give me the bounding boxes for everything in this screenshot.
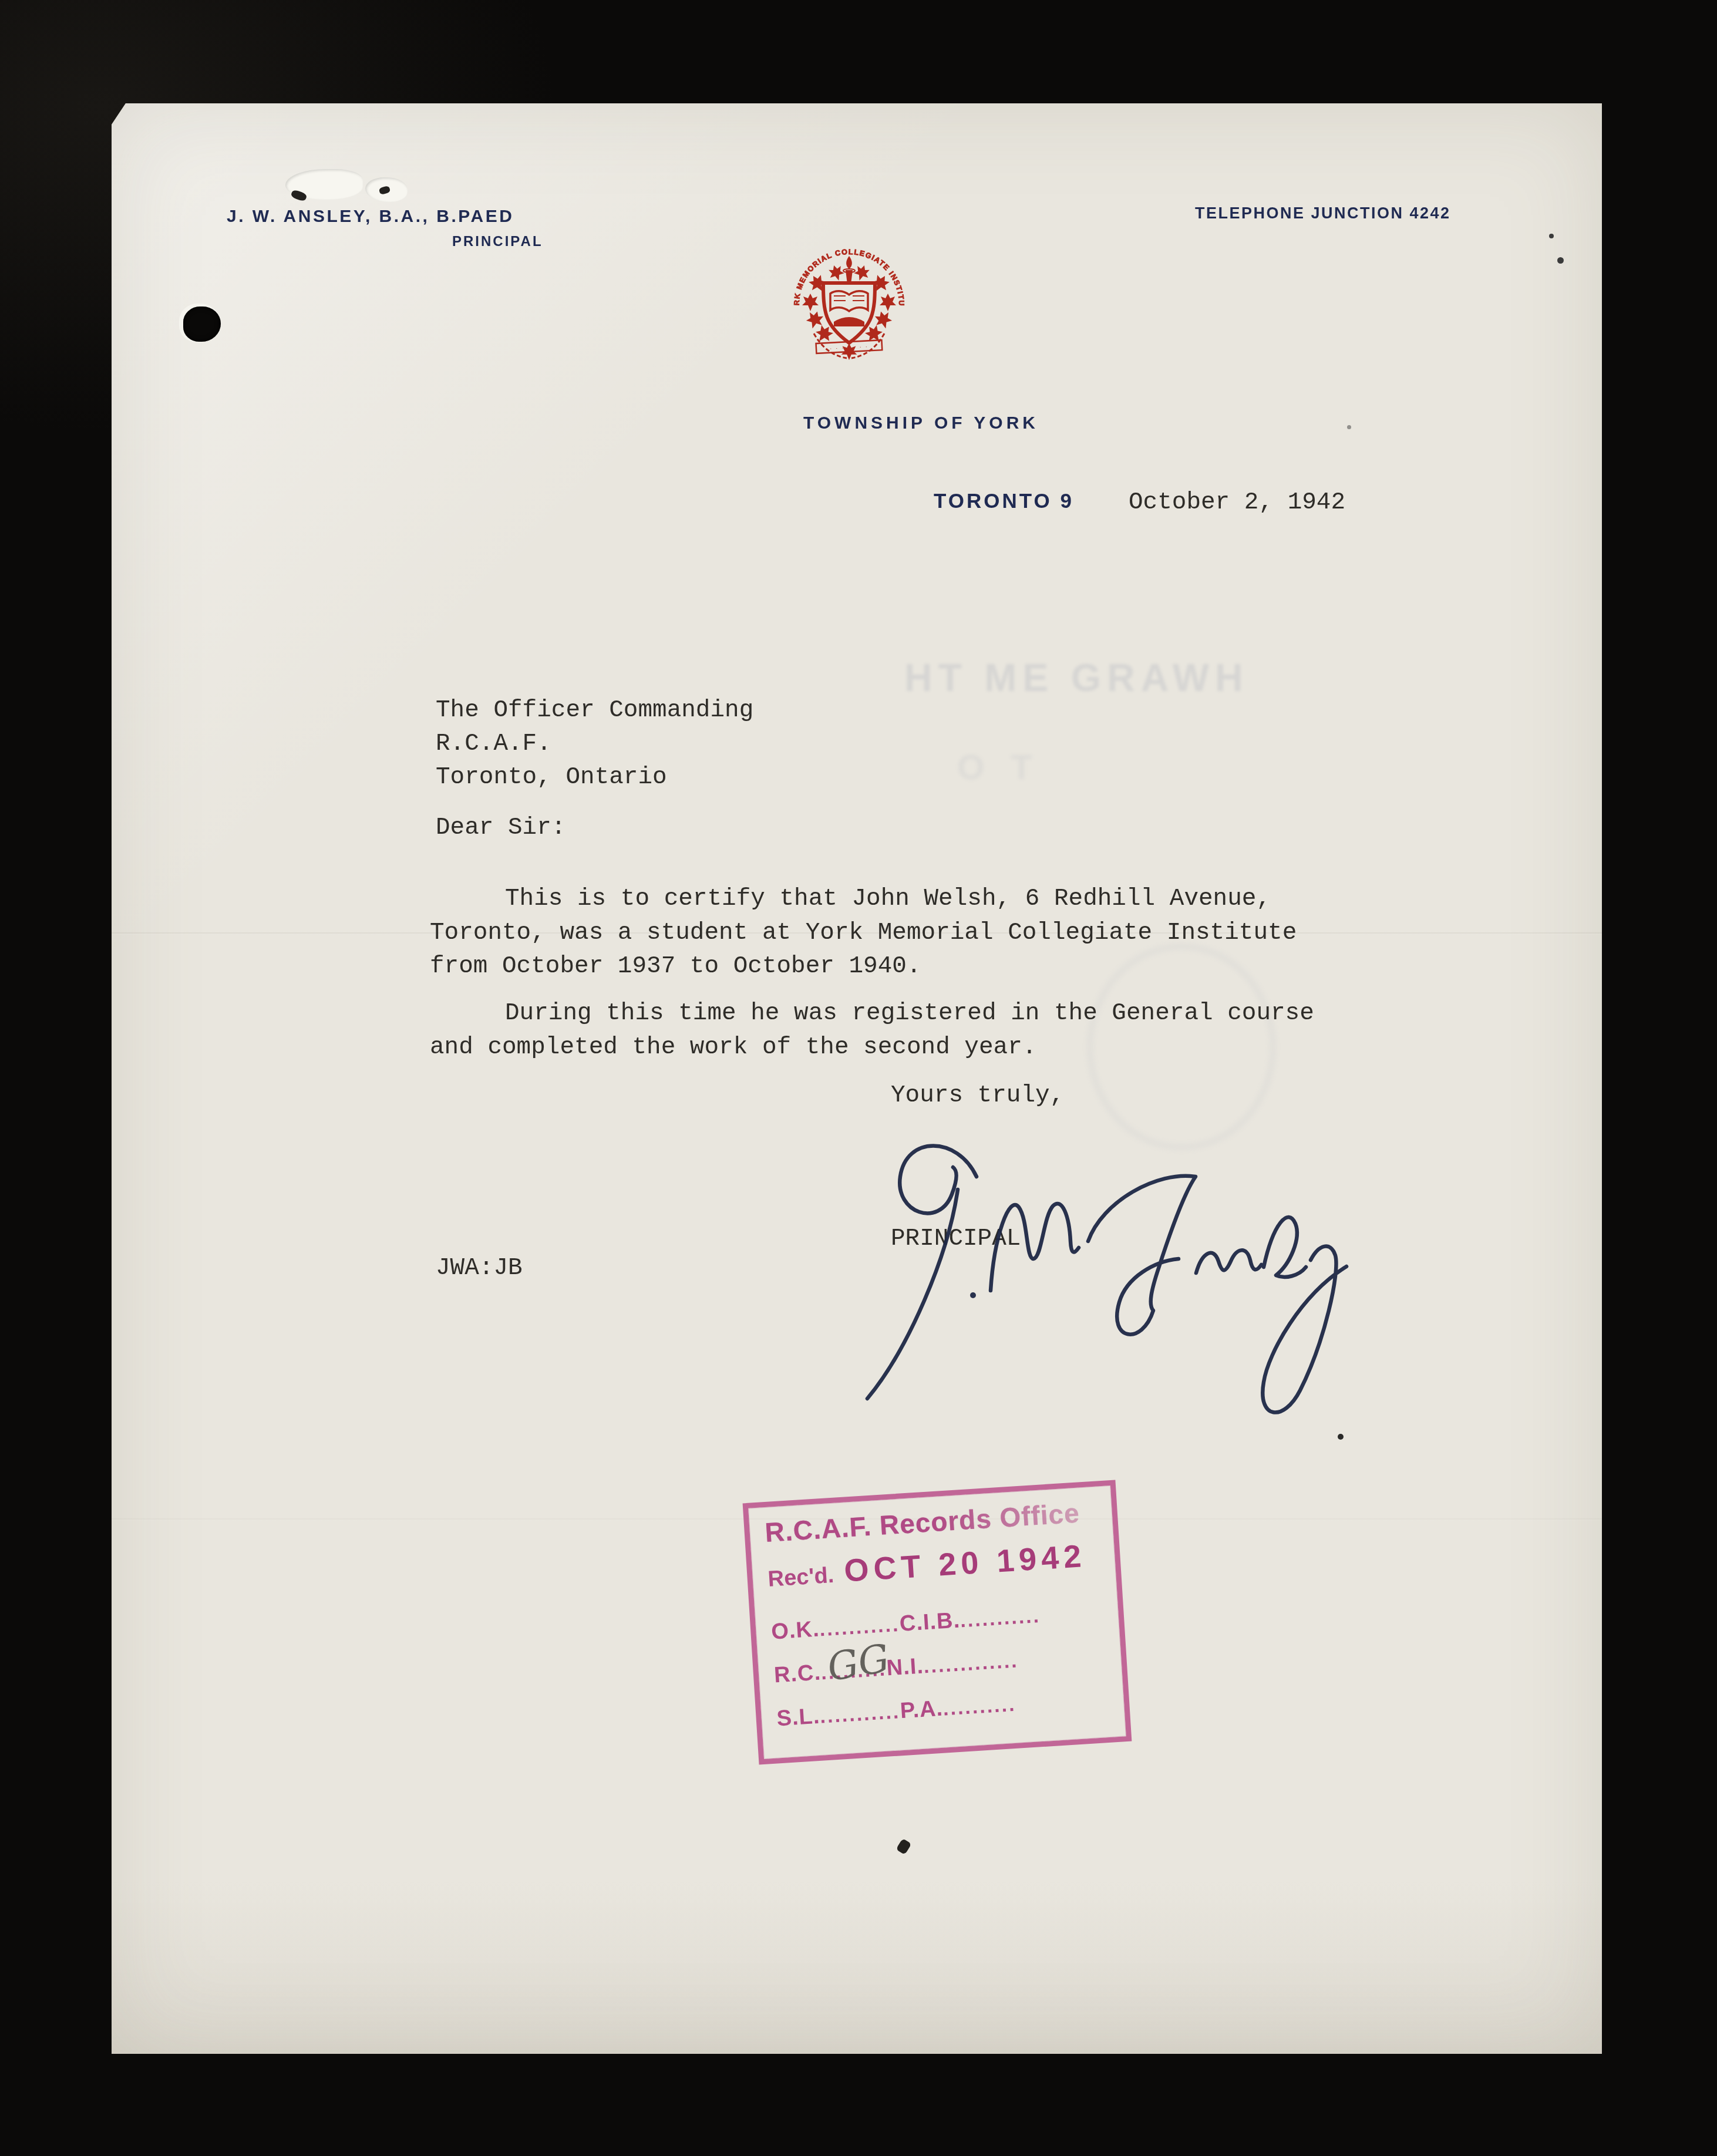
stamp-label: S.L. [776, 1704, 820, 1731]
body-line: from October 1937 to October 1940. [430, 950, 1297, 984]
letterhead-telephone: TELEPHONE JUNCTION 4242 [1195, 204, 1451, 223]
recipient-line: Toronto, Ontario [436, 761, 753, 794]
letterhead-principal-title: PRINCIPAL [452, 234, 543, 250]
ghost-offset-text-line2: O T [957, 747, 1041, 787]
crest-torch-flame [846, 256, 852, 269]
recipient-line: R.C.A.F. [436, 727, 753, 761]
stamp-label: P.A. [900, 1696, 944, 1724]
stamp-dots: ........... [960, 1605, 1041, 1632]
body-line: This is to certify that John Welsh, 6 Re… [430, 882, 1297, 917]
body-paragraph-1: This is to certify that John Welsh, 6 Re… [430, 882, 1297, 984]
body-line: During this time he was registered in th… [430, 997, 1314, 1031]
stamp-label: R.C. [773, 1660, 822, 1688]
reference-initials: JWA:JB [436, 1252, 523, 1285]
letter-date: October 2, 1942 [1129, 486, 1345, 520]
stamp-label: C.I.B. [899, 1608, 961, 1636]
dark-speck-bottom [896, 1838, 912, 1855]
stamp-row-sl: S.L............P.A........... [776, 1692, 1016, 1732]
body-line: and completed the work of the second yea… [430, 1031, 1314, 1065]
punched-hole [183, 306, 221, 342]
stamp-received-line: Rec'd.OCT 20 1942 [767, 1538, 1088, 1594]
stamp-label: O.K. [770, 1617, 820, 1645]
pencil-mark-right [1347, 425, 1351, 429]
letterhead-city: TORONTO 9 [934, 490, 1074, 513]
stamp-dots: ............. [923, 1649, 1019, 1677]
stamp-row-ok: O.K............C.I.B............ [770, 1603, 1041, 1645]
handwritten-initials: GG [824, 1635, 893, 1690]
stamp-row-rc: R.C..........N.I.............. [773, 1648, 1019, 1688]
rcaf-records-office-stamp: R.C.A.F. Records Office Rec'd.OCT 20 194… [743, 1480, 1132, 1764]
stamp-dots: ........... [819, 1700, 901, 1728]
recipient-line: The Officer Commanding [436, 694, 753, 727]
stamp-dots: ........... [819, 1613, 900, 1641]
letter-paper: HT ME GRAWH O T J. W. ANSLEY, B.A., B.PA… [112, 103, 1602, 2054]
crest-mound [834, 317, 864, 326]
recipient-block: The Officer Commanding R.C.A.F. Toronto,… [436, 694, 753, 794]
letterhead-principal-name: J. W. ANSLEY, B.A., B.PAED [227, 207, 514, 227]
ghost-offset-text-line1: HT ME GRAWH [904, 655, 1249, 700]
body-line: Toronto, was a student at York Memorial … [430, 917, 1297, 951]
body-paragraph-2: During this time he was registered in th… [430, 997, 1314, 1064]
ink-dot-right-top-2 [1557, 257, 1564, 264]
stamp-dots: .......... [942, 1693, 1017, 1720]
york-memorial-collegiate-institute-crest-icon: YORK MEMORIAL COLLEGIATE INSTITUTE [787, 221, 911, 365]
crest-motto-banner: · · · · · · · [816, 340, 883, 353]
stamp-recd-label: Rec'd. [767, 1563, 835, 1592]
letterhead-township: TOWNSHIP OF YORK [803, 413, 1039, 433]
ink-dot-right-top [1549, 234, 1554, 238]
stamp-recd-date: OCT 20 1942 [843, 1538, 1087, 1589]
salutation: Dear Sir: [436, 811, 565, 845]
photo-of-letter: HT ME GRAWH O T J. W. ANSLEY, B.A., B.PA… [0, 0, 1717, 2156]
signature-jw-ansley: J.W.Ansley [837, 1101, 1365, 1442]
